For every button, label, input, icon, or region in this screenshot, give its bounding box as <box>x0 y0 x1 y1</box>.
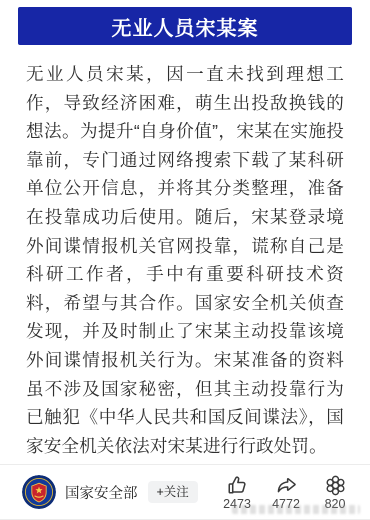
account-name[interactable]: 国家安全部 <box>65 482 138 503</box>
case-title: 无业人员宋某案 <box>112 12 259 41</box>
like-count: 2473 <box>223 498 251 511</box>
share-arrow-icon <box>275 474 298 497</box>
flower-icon <box>324 474 347 497</box>
article-body: 无业人员宋某，因一直未找到理想工作，导致经济困难，萌生出投敌换钱的想法。为提升“… <box>0 45 370 464</box>
flower-action[interactable]: 820 <box>320 474 350 511</box>
action-bar: 2473 4772 <box>222 474 350 511</box>
mss-emblem-icon <box>22 475 56 509</box>
article-paragraph: 无业人员宋某，因一直未找到理想工作，导致经济困难，萌生出投敌换钱的想法。为提升“… <box>26 60 344 460</box>
account-bar: 国家安全部 +关注 2473 4772 <box>0 464 370 519</box>
follow-button[interactable]: +关注 <box>148 481 198 504</box>
case-title-banner: 无业人员宋某案 <box>18 7 352 45</box>
share-action[interactable]: 4772 <box>271 474 301 511</box>
like-action[interactable]: 2473 <box>222 474 252 511</box>
post-page: 无业人员宋某案 无业人员宋某，因一直未找到理想工作，导致经济困难，萌生出投敌换钱… <box>0 0 370 520</box>
share-count: 4772 <box>272 498 300 511</box>
thumbs-up-icon <box>226 474 249 497</box>
account-avatar[interactable] <box>22 475 56 509</box>
flower-count: 820 <box>325 498 346 511</box>
